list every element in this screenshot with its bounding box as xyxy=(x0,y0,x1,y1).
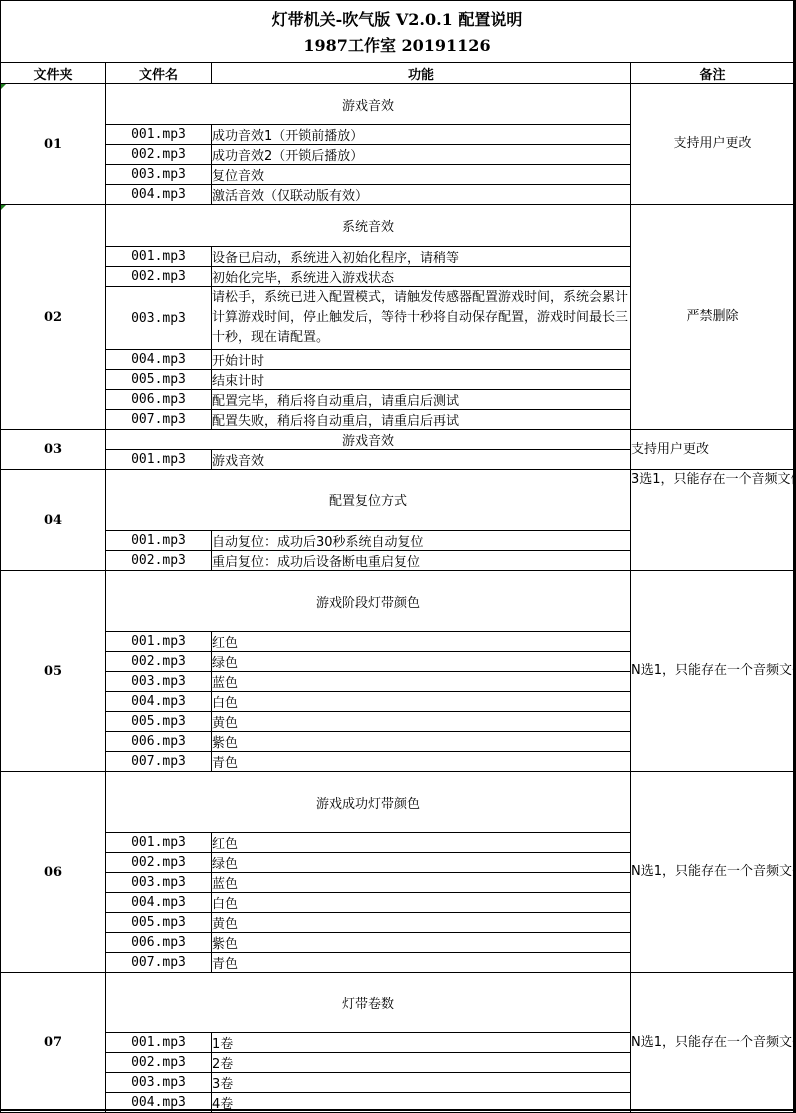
header-folder[interactable]: 文件夹 xyxy=(1,63,106,84)
section-04-title-row: 04 配置复位方式 3选1，只能存在一个音频文件，如希望的复位方式是重启复位，那… xyxy=(1,470,795,531)
folder-cell-04[interactable]: 04 xyxy=(1,470,106,571)
section-title[interactable]: 灯带卷数 xyxy=(106,973,631,1033)
filename-cell[interactable]: 006.mp3 xyxy=(106,933,212,953)
function-cell[interactable]: 成功音效2（开锁后播放） xyxy=(212,145,631,165)
function-cell[interactable]: 蓝色 xyxy=(212,873,631,893)
document-subtitle: 1987工作室 20191126 xyxy=(1,33,793,59)
comment-marker-icon xyxy=(1,205,6,210)
filename-cell[interactable]: 004.mp3 xyxy=(106,893,212,913)
function-cell[interactable]: 请松手，系统已进入配置模式，请触发传感器配置游戏时间，系统会累计计算游戏时间，停… xyxy=(212,287,631,350)
filename-cell[interactable]: 003.mp3 xyxy=(106,873,212,893)
function-cell[interactable]: 蓝色 xyxy=(212,672,631,692)
function-cell[interactable]: 白色 xyxy=(212,893,631,913)
note-cell-02[interactable]: 严禁删除 xyxy=(631,205,795,430)
filename-cell[interactable]: 002.mp3 xyxy=(106,145,212,165)
function-cell[interactable]: 红色 xyxy=(212,833,631,853)
filename-cell[interactable]: 004.mp3 xyxy=(106,350,212,370)
document-title: 灯带机关-吹气版 V2.0.1 配置说明 xyxy=(1,7,793,33)
section-title[interactable]: 游戏成功灯带颜色 xyxy=(106,772,631,833)
filename-cell[interactable]: 001.mp3 xyxy=(106,247,212,267)
filename-cell[interactable]: 001.mp3 xyxy=(106,1033,212,1053)
section-01-title-row: 01 游戏音效 支持用户更改 xyxy=(1,84,795,125)
filename-cell[interactable]: 001.mp3 xyxy=(106,450,212,470)
folder-cell-03[interactable]: 03 xyxy=(1,430,106,470)
filename-cell[interactable]: 002.mp3 xyxy=(106,267,212,287)
comment-marker-icon xyxy=(1,84,6,89)
note-cell-06[interactable]: N选1，只能存在一个音频文件，如希望游戏成功的灯带颜色为绿色，那么把该文件夹下的… xyxy=(631,772,795,973)
note-cell-04[interactable]: 3选1，只能存在一个音频文件，如希望的复位方式是重启复位，那么把该文件夹下的音频… xyxy=(631,470,795,571)
spreadsheet: 灯带机关-吹气版 V2.0.1 配置说明 1987工作室 20191126 文件… xyxy=(0,0,796,1113)
function-cell[interactable]: 复位音效 xyxy=(212,165,631,185)
filename-cell[interactable]: 001.mp3 xyxy=(106,530,212,550)
config-table: 文件夹 文件名 功能 备注 01 游戏音效 支持用户更改 001.mp3成功音效… xyxy=(0,62,795,1113)
sheet-bottom-border xyxy=(0,1109,796,1111)
function-cell[interactable]: 黄色 xyxy=(212,913,631,933)
function-cell[interactable]: 成功音效1（开锁前播放） xyxy=(212,125,631,145)
filename-cell[interactable]: 004.mp3 xyxy=(106,692,212,712)
filename-cell[interactable]: 006.mp3 xyxy=(106,732,212,752)
function-cell[interactable]: 游戏音效 xyxy=(212,450,631,470)
function-cell[interactable]: 1卷 xyxy=(212,1033,631,1053)
filename-cell[interactable]: 003.mp3 xyxy=(106,672,212,692)
section-02-title-row: 02 系统音效 严禁删除 xyxy=(1,205,795,247)
function-cell[interactable]: 白色 xyxy=(212,692,631,712)
function-cell[interactable]: 红色 xyxy=(212,632,631,652)
function-cell[interactable]: 重启复位：成功后设备断电重启复位 xyxy=(212,550,631,570)
filename-cell[interactable]: 002.mp3 xyxy=(106,853,212,873)
note-cell-01[interactable]: 支持用户更改 xyxy=(631,84,795,205)
filename-cell[interactable]: 005.mp3 xyxy=(106,712,212,732)
folder-cell-01[interactable]: 01 xyxy=(1,84,106,205)
filename-cell[interactable]: 001.mp3 xyxy=(106,632,212,652)
function-cell[interactable]: 设备已启动，系统进入初始化程序，请稍等 xyxy=(212,247,631,267)
function-cell[interactable]: 绿色 xyxy=(212,853,631,873)
filename-cell[interactable]: 002.mp3 xyxy=(106,1053,212,1073)
header-row: 文件夹 文件名 功能 备注 xyxy=(1,63,795,84)
section-title[interactable]: 系统音效 xyxy=(106,205,631,247)
filename-cell[interactable]: 003.mp3 xyxy=(106,1073,212,1093)
function-cell[interactable]: 2卷 xyxy=(212,1053,631,1073)
filename-cell[interactable]: 007.mp3 xyxy=(106,752,212,772)
function-cell[interactable]: 配置完毕，稍后将自动重启，请重启后测试 xyxy=(212,390,631,410)
function-cell[interactable]: 青色 xyxy=(212,752,631,772)
filename-cell[interactable]: 002.mp3 xyxy=(106,652,212,672)
note-cell-03[interactable]: 支持用户更改 xyxy=(631,430,795,470)
section-07-title-row: 07 灯带卷数 N选1，只能存在一个音频文件，如希望灯带卷数为2卷，那么把该文件… xyxy=(1,973,795,1033)
filename-cell[interactable]: 007.mp3 xyxy=(106,953,212,973)
section-title[interactable]: 游戏音效 xyxy=(106,430,631,450)
filename-cell[interactable]: 003.mp3 xyxy=(106,165,212,185)
filename-cell[interactable]: 003.mp3 xyxy=(106,287,212,350)
function-cell[interactable]: 初始化完毕，系统进入游戏状态 xyxy=(212,267,631,287)
function-cell[interactable]: 黄色 xyxy=(212,712,631,732)
title-cell[interactable]: 灯带机关-吹气版 V2.0.1 配置说明 1987工作室 20191126 xyxy=(0,0,794,63)
note-cell-05[interactable]: N选1，只能存在一个音频文件，如希望游戏阶段的灯带颜色为青色，那么把该文件夹下的… xyxy=(631,571,795,772)
filename-cell[interactable]: 002.mp3 xyxy=(106,550,212,570)
function-cell[interactable]: 青色 xyxy=(212,953,631,973)
function-cell[interactable]: 开始计时 xyxy=(212,350,631,370)
filename-cell[interactable]: 006.mp3 xyxy=(106,390,212,410)
section-03-title-row: 03 游戏音效 支持用户更改 xyxy=(1,430,795,450)
filename-cell[interactable]: 001.mp3 xyxy=(106,125,212,145)
section-06-title-row: 06 游戏成功灯带颜色 N选1，只能存在一个音频文件，如希望游戏成功的灯带颜色为… xyxy=(1,772,795,833)
filename-cell[interactable]: 001.mp3 xyxy=(106,833,212,853)
filename-cell[interactable]: 005.mp3 xyxy=(106,913,212,933)
section-05-title-row: 05 游戏阶段灯带颜色 N选1，只能存在一个音频文件，如希望游戏阶段的灯带颜色为… xyxy=(1,571,795,632)
section-title[interactable]: 配置复位方式 xyxy=(106,470,631,531)
filename-cell[interactable]: 004.mp3 xyxy=(106,185,212,205)
function-cell[interactable]: 配置失败，稍后将自动重启，请重启后再试 xyxy=(212,410,631,430)
folder-cell-02[interactable]: 02 xyxy=(1,205,106,430)
section-title[interactable]: 游戏音效 xyxy=(106,84,631,125)
header-function[interactable]: 功能 xyxy=(212,63,631,84)
function-cell[interactable]: 结束计时 xyxy=(212,370,631,390)
filename-cell[interactable]: 007.mp3 xyxy=(106,410,212,430)
section-title[interactable]: 游戏阶段灯带颜色 xyxy=(106,571,631,632)
function-cell[interactable]: 紫色 xyxy=(212,933,631,953)
function-cell[interactable]: 3卷 xyxy=(212,1073,631,1093)
function-cell[interactable]: 自动复位：成功后30秒系统自动复位 xyxy=(212,530,631,550)
function-cell[interactable]: 绿色 xyxy=(212,652,631,672)
filename-cell[interactable]: 005.mp3 xyxy=(106,370,212,390)
folder-cell-07[interactable]: 07 xyxy=(1,973,106,1113)
folder-cell-06[interactable]: 06 xyxy=(1,772,106,973)
folder-cell-05[interactable]: 05 xyxy=(1,571,106,772)
note-text: 3选1，只能存在一个音频文件，如希望的复位方式是重启复位，那么把该文件夹下的音频… xyxy=(631,470,794,570)
header-note[interactable]: 备注 xyxy=(631,63,795,84)
function-cell[interactable]: 激活音效（仅联动版有效） xyxy=(212,185,631,205)
function-cell[interactable]: 紫色 xyxy=(212,732,631,752)
header-filename[interactable]: 文件名 xyxy=(106,63,212,84)
note-cell-07[interactable]: N选1，只能存在一个音频文件，如希望灯带卷数为2卷，那么把该文件夹下的音频名改成… xyxy=(631,973,795,1113)
